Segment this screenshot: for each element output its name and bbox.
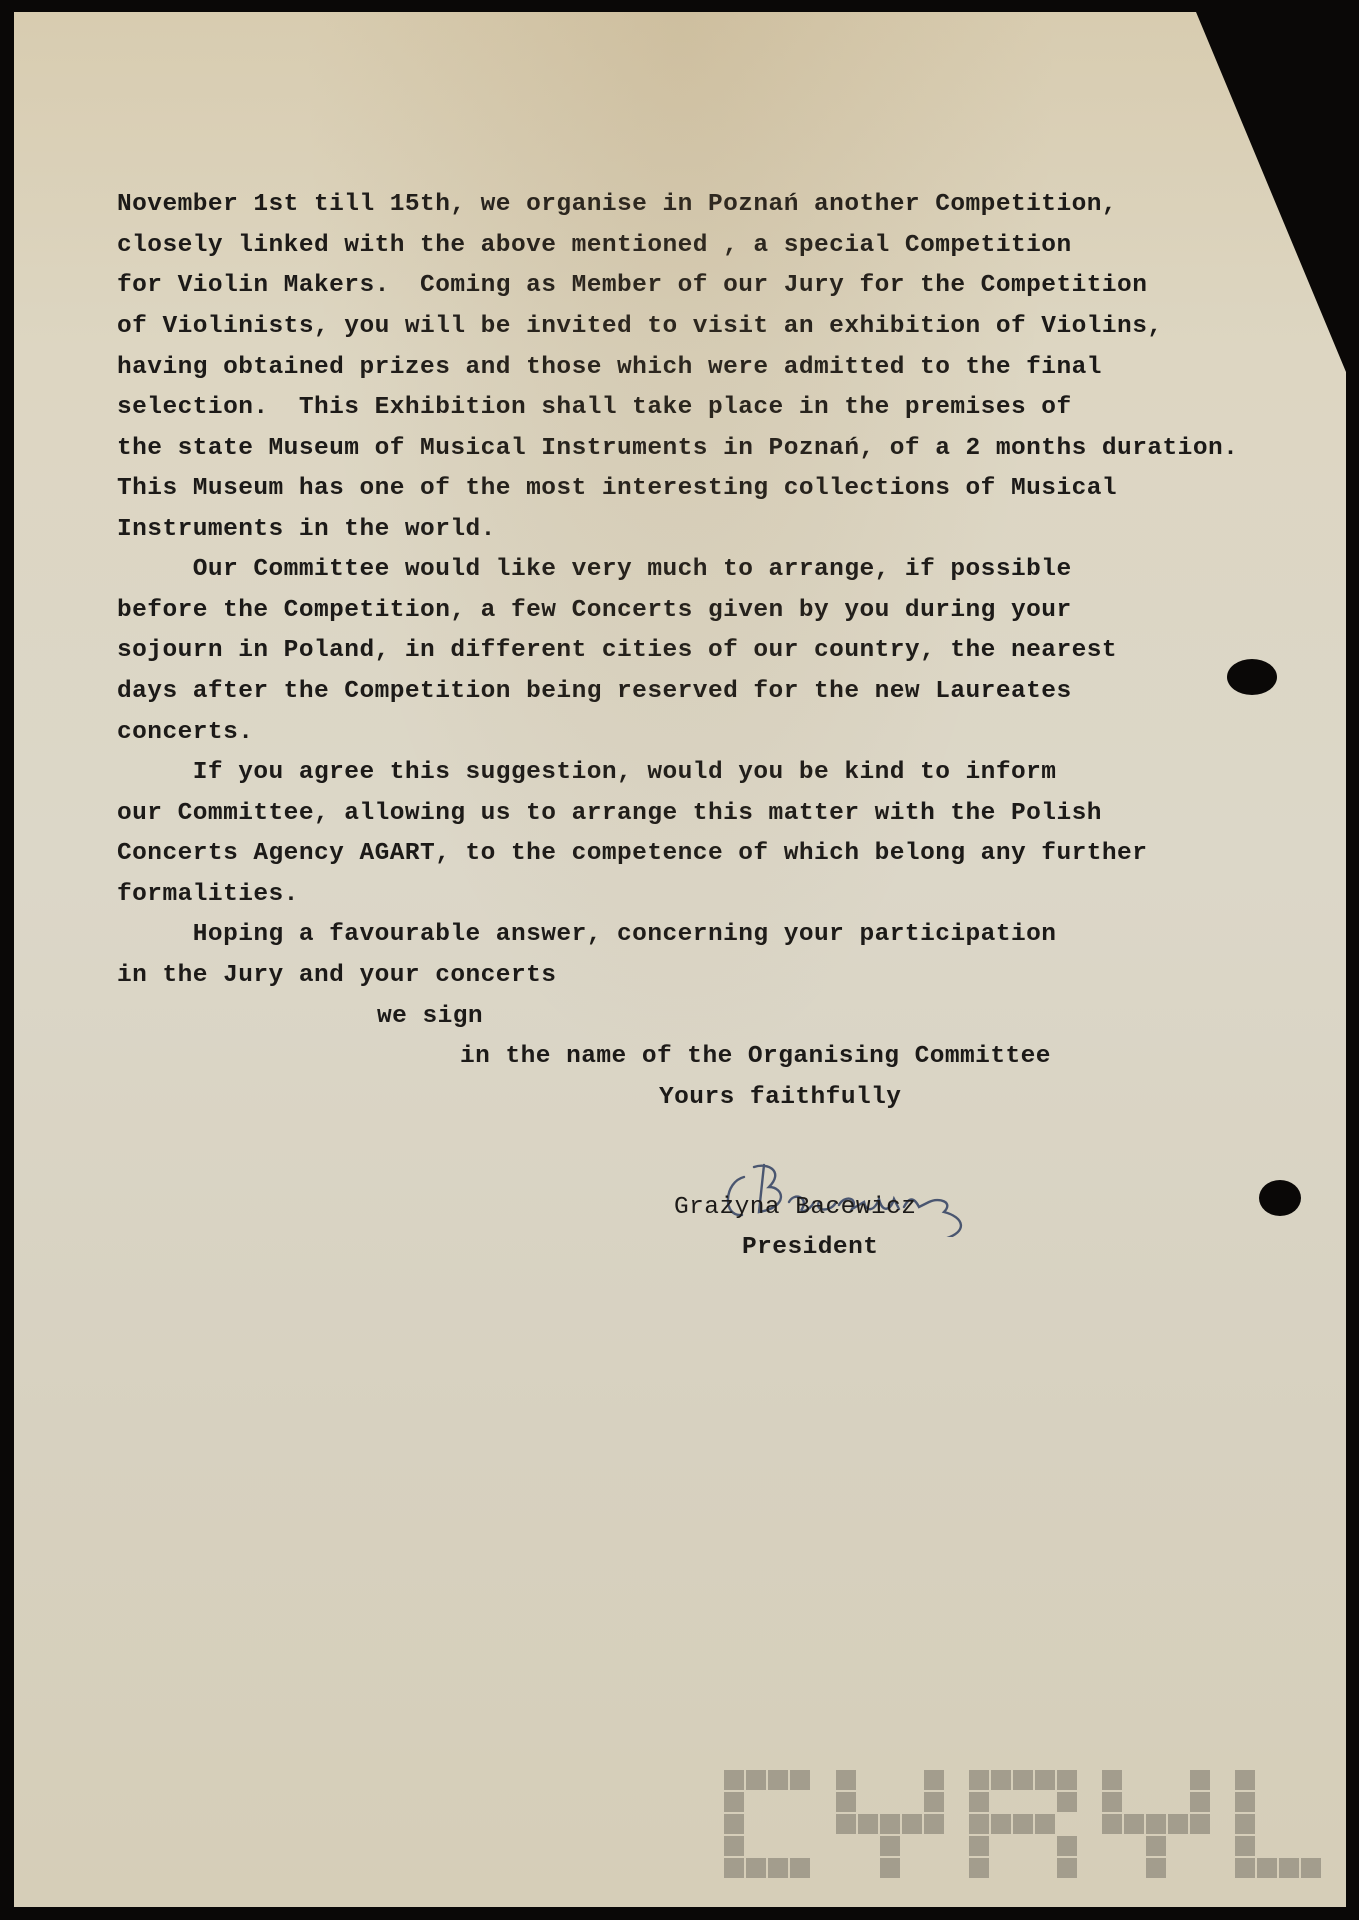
- body-line-12: sojourn in Poland, in different cities o…: [117, 639, 1117, 664]
- body-line-10: Our Committee would like very much to ar…: [117, 558, 1072, 583]
- body-line-16: our Committee, allowing us to arrange th…: [117, 802, 1102, 827]
- body-line-4: of Violinists, you will be invited to vi…: [117, 315, 1163, 340]
- closing-we-sign: we sign: [377, 1005, 483, 1030]
- body-line-20: in the Jury and your concerts: [117, 964, 556, 989]
- closing-on-behalf: in the name of the Organising Committee: [460, 1045, 1051, 1070]
- body-line-17: Concerts Agency AGART, to the competence…: [117, 842, 1147, 867]
- body-line-15: If you agree this suggestion, would you …: [117, 761, 1056, 786]
- body-line-1: November 1st till 15th, we organise in P…: [117, 193, 1117, 218]
- signatory-name: Grażyna Bacewicz: [674, 1196, 916, 1221]
- body-line-14: concerts.: [117, 721, 253, 746]
- body-line-18: formalities.: [117, 883, 299, 908]
- punch-hole-lower: [1259, 1180, 1301, 1216]
- body-line-19: Hoping a favourable answer, concerning y…: [117, 923, 1056, 948]
- body-line-5: having obtained prizes and those which w…: [117, 356, 1102, 381]
- body-line-3: for Violin Makers. Coming as Member of o…: [117, 274, 1147, 299]
- body-line-13: days after the Competition being reserve…: [117, 680, 1072, 705]
- body-line-7: the state Museum of Musical Instruments …: [117, 437, 1238, 462]
- body-line-8: This Museum has one of the most interest…: [117, 477, 1117, 502]
- body-line-11: before the Competition, a few Concerts g…: [117, 599, 1072, 624]
- signatory-title: President: [742, 1236, 878, 1261]
- handwritten-signature: [714, 1157, 1044, 1237]
- body-line-2: closely linked with the above mentioned …: [117, 234, 1072, 259]
- letter-page: November 1st till 15th, we organise in P…: [14, 12, 1346, 1907]
- body-line-6: selection. This Exhibition shall take pl…: [117, 396, 1072, 421]
- closing-valediction: Yours faithfully: [659, 1086, 901, 1111]
- punch-hole-upper: [1227, 659, 1277, 695]
- body-line-9: Instruments in the world.: [117, 518, 496, 543]
